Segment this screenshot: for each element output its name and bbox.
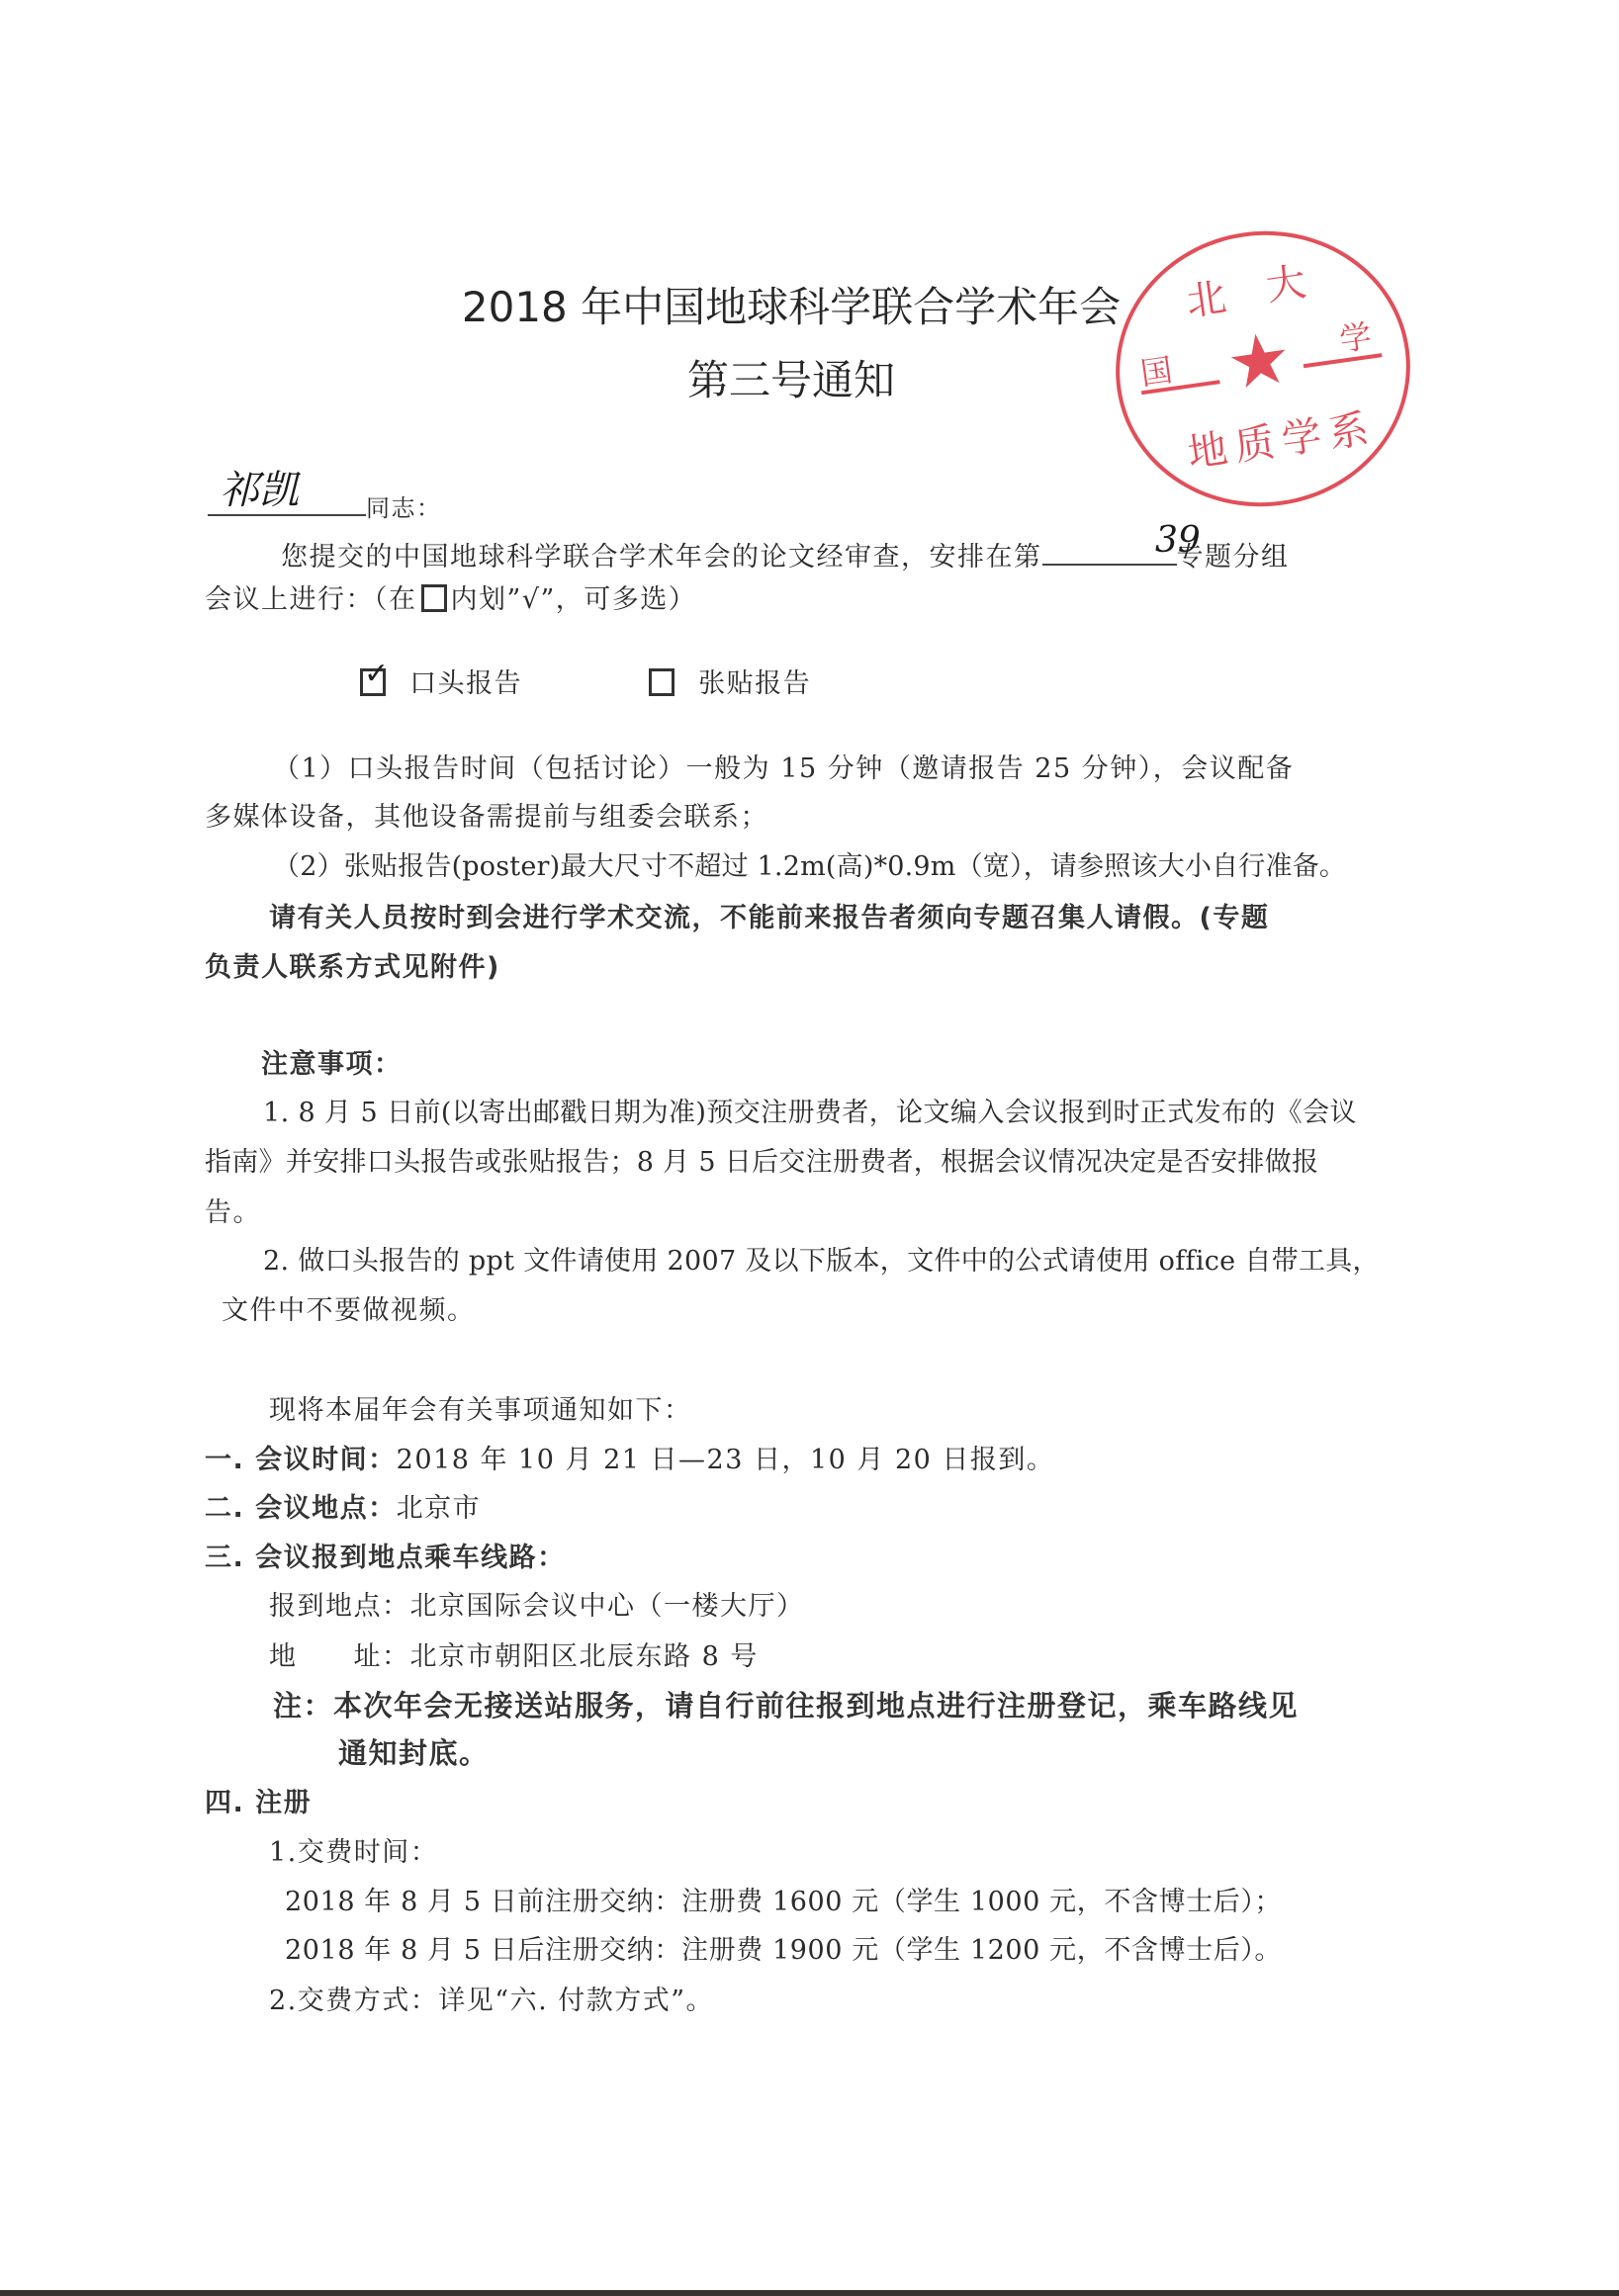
intro-line-1: 您提交的中国地球科学联合学术年会的论文经审查，安排在第专题分组: [281, 534, 1290, 574]
handwritten-name: 祁凯: [220, 459, 299, 515]
note-1-line-2: 指南》并安排口头报告或张贴报告；8 月 5 日后交注册费者，根据会议情况决定是否…: [205, 1146, 1318, 1180]
section-2-value: 北京市: [397, 1493, 482, 1524]
official-stamp: 北 大 国 学 ★ 地质学系: [1098, 213, 1428, 526]
section-2-label: 二. 会议地点：: [205, 1493, 397, 1524]
section-3-address: 地 址：北京市朝阳区北辰东路 8 号: [269, 1640, 759, 1674]
rule-2: （2）张贴报告(poster)最大尺寸不超过 1.2m(高)*0.9m（宽），请…: [273, 850, 1346, 884]
address-value: 北京市朝阳区北辰东路 8 号: [410, 1641, 759, 1672]
stamp-char: 北: [1182, 266, 1229, 327]
address-label: 地 址：: [269, 1641, 410, 1672]
note-1-line-3: 告。: [205, 1196, 261, 1230]
note-2-line-1: 2. 做口头报告的 ppt 文件请使用 2007 及以下版本，文件中的公式请使用…: [263, 1245, 1380, 1279]
note-1-line-1: 1. 8 月 5 日前(以寄出邮戳日期为准)预交注册费者，论文编入会议报到时正式…: [263, 1097, 1357, 1130]
option-label: 口头报告: [409, 668, 522, 699]
section-4-label: 四. 注册: [205, 1787, 312, 1820]
option-oral-report[interactable]: 口头报告: [356, 667, 522, 701]
stamp-bottom-text: 地质学系: [1184, 397, 1380, 479]
intro-text: 您提交的中国地球科学联合学术年会的论文经审查，安排在第: [281, 542, 1042, 573]
section-3-note-line-1: 注：本次年会无接送站服务，请自行前往报到地点进行注册登记，乘车路线见: [273, 1689, 1299, 1722]
option-label: 张贴报告: [698, 668, 811, 699]
checkbox-checked-icon[interactable]: [360, 668, 386, 696]
stamp-char: 大: [1262, 250, 1309, 311]
section-1-value: 2018 年 10 月 21 日—23 日，10 月 20 日报到。: [397, 1445, 1055, 1475]
stamp-star-icon: ★: [1221, 314, 1297, 405]
section-1: 一. 会议时间：2018 年 10 月 21 日—23 日，10 月 20 日报…: [205, 1444, 1054, 1477]
handwritten-session-number: 39: [1155, 520, 1201, 561]
section-3-label: 三. 会议报到地点乘车线路：: [205, 1542, 566, 1575]
section-2: 二. 会议地点：北京市: [205, 1492, 481, 1526]
sections-intro: 现将本届年会有关事项通知如下：: [269, 1394, 692, 1428]
checkbox-unchecked-icon[interactable]: [649, 668, 675, 696]
section-3-note-line-2: 通知封底。: [338, 1736, 490, 1770]
note-2-line-2: 文件中不要做视频。: [222, 1294, 476, 1328]
intro-text: 会议上进行：（在: [205, 584, 417, 615]
section-3-place: 报到地点：北京国际会议中心（一楼大厅）: [269, 1590, 805, 1624]
option-poster-report[interactable]: 张贴报告: [645, 667, 811, 701]
intro-text-suffix: 内划”√”，可多选）: [451, 584, 697, 615]
section-1-label: 一. 会议时间：: [205, 1445, 397, 1475]
section-4-item-2: 2.交费方式：详见“六. 付款方式”。: [269, 1985, 714, 2018]
section-4-item-1: 1.交费时间：: [269, 1836, 438, 1870]
notes-heading: 注意事项：: [261, 1048, 403, 1082]
stamp-char: 学: [1336, 311, 1374, 361]
intro-line-2: 会议上进行：（在内划”√”，可多选）: [205, 583, 696, 617]
fee-after-deadline: 2018 年 8 月 5 日后注册交纳：注册费 1900 元（学生 1200 元…: [285, 1934, 1282, 1968]
scan-edge: [0, 2290, 1619, 2296]
rule-1-line-1: （1）口头报告时间（包括讨论）一般为 15 分钟（邀请报告 25 分钟），会议配…: [273, 752, 1294, 786]
attendance-notice-line-1: 请有关人员按时到会进行学术交流，不能前来报告者须向专题召集人请假。(专题: [269, 902, 1269, 935]
attendance-notice-line-2: 负责人联系方式见附件): [205, 951, 500, 985]
fee-before-deadline: 2018 年 8 月 5 日前注册交纳：注册费 1600 元（学生 1000 元…: [285, 1886, 1282, 1919]
salutation-suffix: 同志：: [366, 494, 442, 522]
rule-1-line-2: 多媒体设备，其他设备需提前与组委会联系；: [205, 801, 768, 835]
checkbox-example-icon: [421, 584, 447, 612]
